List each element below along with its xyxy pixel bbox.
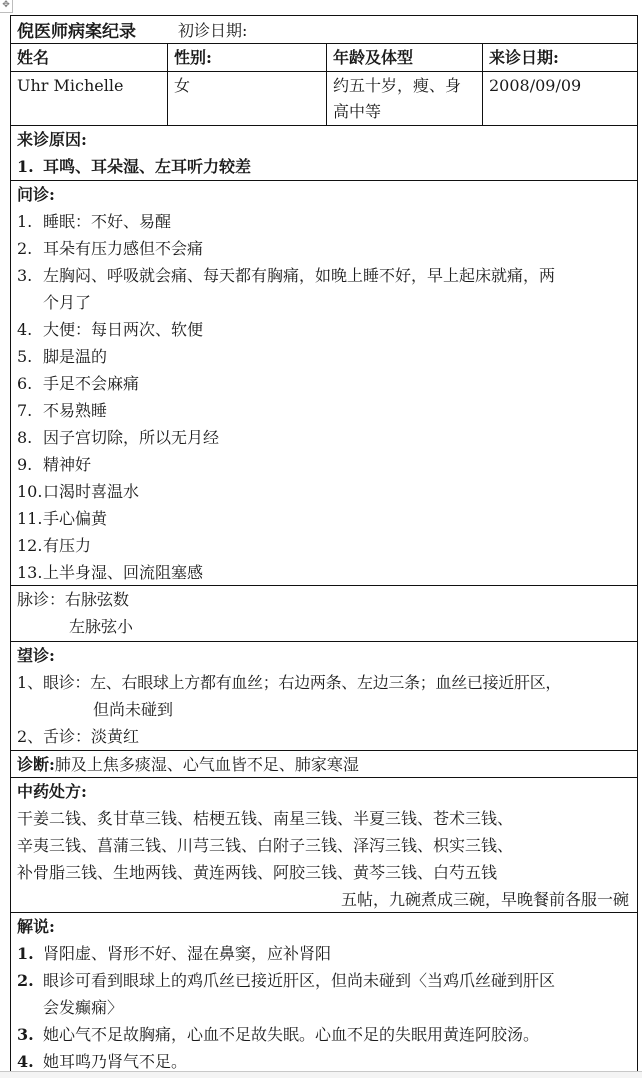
observation-item: 1、眼诊：左、右眼球上方都有血丝；右边两条、左边三条；血丝已接近肝区， — [17, 669, 631, 696]
inquiry-item: 1.睡眠：不好、易醒 — [17, 208, 631, 235]
item-text: 大便：每日两次、软便 — [43, 316, 631, 343]
patient-name: Uhr Michelle — [11, 72, 168, 125]
inquiry-item: 13.上半身湿、回流阻塞感 — [17, 559, 631, 586]
item-text: 她心气不足故胸痛，心血不足故失眠。心血不足的失眠用黄连阿胶汤。 — [43, 1021, 631, 1048]
explanation-item-continuation: 会发癫痫〉 — [17, 994, 631, 1021]
reason-label: 来诊原因: — [17, 126, 631, 153]
patient-header-row: 姓名 性别: 年龄及体型 来诊日期: — [11, 44, 637, 72]
explanation-section: 解说: 1.肾阳虚、肾形不好、湿在鼻窦，应补肾阳 2.眼诊可看到眼球上的鸡爪丝已… — [11, 913, 637, 1073]
item-number: 6. — [17, 370, 43, 397]
inquiry-item: 8.因子宫切除，所以无月经 — [17, 424, 631, 451]
item-number: 1、 — [17, 669, 43, 696]
pulse-section: 脉诊：右脉弦数 左脉弦小 — [11, 586, 637, 642]
item-text: 精神好 — [43, 451, 631, 478]
item-text: 手足不会麻痛 — [43, 370, 631, 397]
table-move-handle-icon[interactable]: ✥ — [0, 0, 13, 13]
item-number: 1. — [17, 940, 43, 967]
item-number: 3. — [17, 1021, 43, 1048]
item-number: 4. — [17, 316, 43, 343]
prescription-dosage: 五帖，九碗煮成三碗，早晚餐前各服一碗 — [17, 886, 631, 913]
inquiry-section: 问诊: 1.睡眠：不好、易醒 2.耳朵有压力感但不会痛 3.左胸闷、呼吸就会痛、… — [11, 181, 637, 586]
patient-data-row: Uhr Michelle 女 约五十岁，瘦、身 高中等 2008/09/09 — [11, 72, 637, 126]
item-text: 上半身湿、回流阻塞感 — [43, 559, 631, 586]
header-visit-date: 来诊日期: — [483, 44, 637, 71]
reason-item: 1. 耳鸣、耳朵湿、左耳听力较差 — [17, 153, 631, 180]
pulse-left: 左脉弦小 — [17, 613, 631, 640]
diagnosis-line: 诊断:肺及上焦多痰湿、心气血皆不足、肺家寒湿 — [17, 751, 631, 778]
item-text: 耳朵有压力感但不会痛 — [43, 235, 631, 262]
inquiry-item: 11.手心偏黄 — [17, 505, 631, 532]
inquiry-item: 10.口渴时喜温水 — [17, 478, 631, 505]
title-row: 倪医师病案纪录 初诊日期: — [11, 16, 637, 44]
header-age-build: 年龄及体型 — [327, 44, 483, 71]
prescription-line: 补骨脂三钱、生地两钱、黄连两钱、阿胶三钱、黄芩三钱、白芍五钱 — [17, 859, 631, 886]
inquiry-item: 5.脚是温的 — [17, 343, 631, 370]
explanation-item: 2.眼诊可看到眼球上的鸡爪丝已接近肝区，但尚未碰到〈当鸡爪丝碰到肝区 — [17, 967, 631, 994]
observation-section: 望诊: 1、眼诊：左、右眼球上方都有血丝；右边两条、左边三条；血丝已接近肝区， … — [11, 642, 637, 751]
reason-section: 来诊原因: 1. 耳鸣、耳朵湿、左耳听力较差 — [11, 126, 637, 181]
item-text: 舌诊：淡黄红 — [43, 723, 631, 750]
case-record-table: 倪医师病案纪录 初诊日期: 姓名 性别: 年龄及体型 来诊日期: Uhr Mic… — [10, 15, 638, 1073]
item-text: 眼诊：左、右眼球上方都有血丝；右边两条、左边三条；血丝已接近肝区， — [43, 669, 631, 696]
inquiry-label: 问诊: — [17, 181, 631, 208]
prescription-line: 辛夷三钱、菖蒲三钱、川芎三钱、白附子三钱、泽泻三钱、枳实三钱、 — [17, 832, 631, 859]
explanation-item: 1.肾阳虚、肾形不好、湿在鼻窦，应补肾阳 — [17, 940, 631, 967]
pulse-right: 右脉弦数 — [65, 590, 129, 609]
inquiry-item: 12.有压力 — [17, 532, 631, 559]
item-text: 口渴时喜温水 — [43, 478, 631, 505]
item-text: 有压力 — [43, 532, 631, 559]
item-text: 手心偏黄 — [43, 505, 631, 532]
item-number: 11. — [17, 505, 43, 532]
patient-visit-date: 2008/09/09 — [483, 72, 637, 125]
item-text: 肾阳虚、肾形不好、湿在鼻窦，应补肾阳 — [43, 940, 631, 967]
first-visit-date-label: 初诊日期: — [178, 18, 247, 41]
page-bottom-edge — [0, 1071, 642, 1078]
age-build-line-2: 高中等 — [333, 99, 476, 125]
inquiry-item: 4.大便：每日两次、软便 — [17, 316, 631, 343]
item-text: 耳鸣、耳朵湿、左耳听力较差 — [43, 153, 631, 180]
inquiry-item: 3.左胸闷、呼吸就会痛、每天都有胸痛，如晚上睡不好，早上起床就痛，两 — [17, 262, 631, 289]
item-number: 1. — [17, 153, 43, 180]
pulse-right-line: 脉诊：右脉弦数 — [17, 586, 631, 613]
diagnosis-text: 肺及上焦多痰湿、心气血皆不足、肺家寒湿 — [55, 755, 359, 774]
item-number: 5. — [17, 343, 43, 370]
item-text: 不易熟睡 — [43, 397, 631, 424]
header-name: 姓名 — [11, 44, 168, 71]
observation-item: 2、舌诊：淡黄红 — [17, 723, 631, 750]
inquiry-item: 7.不易熟睡 — [17, 397, 631, 424]
prescription-line: 干姜二钱、炙甘草三钱、桔梗五钱、南星三钱、半夏三钱、苍术三钱、 — [17, 805, 631, 832]
inquiry-item: 9.精神好 — [17, 451, 631, 478]
age-build-line-1: 约五十岁，瘦、身 — [333, 73, 476, 99]
item-text: 睡眠：不好、易醒 — [43, 208, 631, 235]
item-number: 10. — [17, 478, 43, 505]
inquiry-item-continuation: 个月了 — [17, 289, 631, 316]
item-text: 眼诊可看到眼球上的鸡爪丝已接近肝区，但尚未碰到〈当鸡爪丝碰到肝区 — [43, 967, 631, 994]
item-number: 2、 — [17, 723, 43, 750]
item-number: 12. — [17, 532, 43, 559]
inquiry-item: 6.手足不会麻痛 — [17, 370, 631, 397]
diagnosis-section: 诊断:肺及上焦多痰湿、心气血皆不足、肺家寒湿 — [11, 751, 637, 778]
item-text: 左胸闷、呼吸就会痛、每天都有胸痛，如晚上睡不好，早上起床就痛，两 — [43, 262, 631, 289]
prescription-section: 中药处方: 干姜二钱、炙甘草三钱、桔梗五钱、南星三钱、半夏三钱、苍术三钱、 辛夷… — [11, 778, 637, 913]
explanation-label: 解说: — [17, 913, 631, 940]
prescription-label: 中药处方: — [17, 778, 631, 805]
item-number: 2. — [17, 967, 43, 994]
item-number: 13. — [17, 559, 43, 586]
item-number: 8. — [17, 424, 43, 451]
item-number: 1. — [17, 208, 43, 235]
item-number: 7. — [17, 397, 43, 424]
patient-gender: 女 — [168, 72, 327, 125]
patient-age-build: 约五十岁，瘦、身 高中等 — [327, 72, 483, 125]
pulse-label: 脉诊： — [17, 590, 65, 609]
header-gender: 性别: — [168, 44, 327, 71]
item-number: 2. — [17, 235, 43, 262]
item-number: 3. — [17, 262, 43, 289]
item-number: 9. — [17, 451, 43, 478]
explanation-item: 3.她心气不足故胸痛，心血不足故失眠。心血不足的失眠用黄连阿胶汤。 — [17, 1021, 631, 1048]
inquiry-item: 2.耳朵有压力感但不会痛 — [17, 235, 631, 262]
document-title: 倪医师病案纪录 — [17, 17, 136, 42]
diagnosis-label: 诊断: — [17, 755, 55, 774]
item-text: 因子宫切除，所以无月经 — [43, 424, 631, 451]
item-text: 脚是温的 — [43, 343, 631, 370]
observation-label: 望诊: — [17, 642, 631, 669]
observation-item-continuation: 但尚未碰到 — [17, 696, 631, 723]
